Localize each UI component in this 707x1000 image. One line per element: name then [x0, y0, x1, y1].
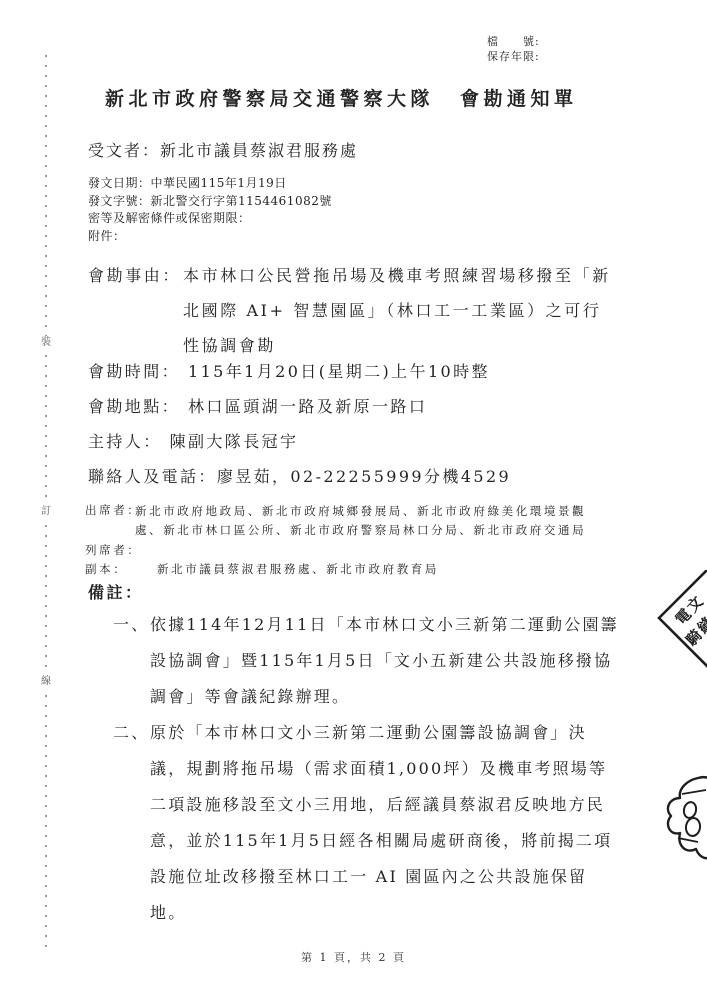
attendees-block: 出席者： 新北市政府地政局、新北市政府城鄉發展局、新北市政府綠美化環境景觀 處、…: [85, 502, 586, 578]
note-number: 二、: [113, 715, 150, 931]
issue-date-line: 發文日期：中華民國115年1月19日: [88, 175, 332, 193]
attendees-label: 出席者：: [85, 502, 135, 540]
recipient-label: 受文者：: [88, 141, 160, 160]
attendees-line: 新北市政府地政局、新北市政府城鄉發展局、新北市政府綠美化環境景觀: [135, 502, 586, 521]
attachment-line: 附件：: [88, 228, 332, 246]
note-text: 原於「本市林口文小三新第二運動公園籌設協調會」決 議，規劃將拖吊場（需求面積1,…: [150, 715, 612, 931]
inspection-time-value: 115年1月20日(星期二)上午10時整: [188, 359, 490, 382]
subject-line: 性協調會勘: [183, 328, 611, 363]
note-line: 調會」等會議紀錄辦理。: [150, 679, 619, 715]
page-seam-stamp: 電文 騎縫章: [652, 570, 707, 668]
security-line: 密等及解密條件或保密期限：: [88, 210, 332, 228]
inspection-location-value: 林口區頭湖一路及新原一路口: [188, 394, 427, 417]
subject-label: 會勘事由：: [88, 258, 181, 363]
note-item-2: 二、 原於「本市林口文小三新第二運動公園籌設協調會」決 議，規劃將拖吊場（需求面…: [113, 715, 619, 931]
observers-label: 列席者：: [85, 541, 586, 559]
meta-block: 發文日期：中華民國115年1月19日 發文字號：新北警交行字第115446108…: [88, 175, 332, 245]
page-footer: 第 1 頁，共 2 頁: [0, 949, 707, 965]
contact-value: 廖昱茹，02-22255999分機4529: [217, 464, 511, 487]
attendees-row: 出席者： 新北市政府地政局、新北市政府城鄉發展局、新北市政府綠美化環境景觀 處、…: [85, 502, 586, 540]
cc-value: 新北市議員蔡淑君服務處、新北市政府教育局: [157, 560, 439, 578]
chairperson-label: 主持人：: [88, 429, 162, 452]
file-number-label: 檔 號:: [487, 34, 540, 49]
note-line: 議，規劃將拖吊場（需求面積1,000坪）及機車考照場等: [150, 751, 612, 787]
chairperson-row: 主持人： 陳副大隊長冠宇: [88, 429, 298, 452]
contact-row: 聯絡人及電話： 廖昱茹，02-22255999分機4529: [88, 464, 511, 487]
ink-mark-icon: [654, 772, 707, 868]
title-organization: 新北市政府警察局交通警察大隊: [105, 84, 434, 111]
subject-line: 本市林口公民營拖吊場及機車考照練習場移撥至「新: [183, 258, 611, 293]
note-item-1: 一、 依據114年12月11日「本市林口文小三新第二運動公園籌 設協調會」暨11…: [113, 607, 619, 715]
remarks-label: 備註：: [88, 580, 144, 603]
inspection-time-row: 會勘時間： 115年1月20日(星期二)上午10時整: [88, 359, 490, 382]
cc-row: 副本： 新北市議員蔡淑君服務處、新北市政府教育局: [85, 560, 586, 578]
inspection-location-row: 會勘地點： 林口區頭湖一路及新原一路口: [88, 394, 427, 417]
binding-char-ding: 訂: [37, 505, 55, 519]
note-line: 依據114年12月11日「本市林口文小三新第二運動公園籌: [150, 607, 619, 643]
seam-stamp-icon: 電文 騎縫章: [652, 570, 707, 668]
attendees-list: 新北市政府地政局、新北市政府城鄉發展局、新北市政府綠美化環境景觀 處、新北市林口…: [135, 502, 586, 540]
subject-line: 北國際 AI+ 智慧園區」（林口工一工業區）之可行: [183, 293, 611, 328]
remarks-notes: 一、 依據114年12月11日「本市林口文小三新第二運動公園籌 設協調會」暨11…: [113, 607, 619, 931]
document-page: 裝 訂 線 檔 號: 保存年限: 新北市政府警察局交通警察大隊 會勘通知單 受文…: [0, 0, 707, 1000]
note-line: 意，並於115年1月5日經各相關局處研商後，將前揭二項: [150, 823, 612, 859]
inspection-location-label: 會勘地點：: [88, 394, 180, 417]
doc-number-line: 發文字號：新北警交行字第1154461082號: [88, 193, 332, 211]
note-line: 原於「本市林口文小三新第二運動公園籌設協調會」決: [150, 715, 612, 751]
note-line: 地。: [150, 895, 612, 931]
note-line: 設施位址改移撥至林口工一 AI 園區內之公共設施保留: [150, 859, 612, 895]
subject-content: 本市林口公民營拖吊場及機車考照練習場移撥至「新 北國際 AI+ 智慧園區」（林口…: [183, 258, 611, 363]
note-number: 一、: [113, 607, 150, 715]
note-line: 二項設施移設至文小三用地，后經議員蔡淑君反映地方民: [150, 787, 612, 823]
binding-dotted-line: [45, 55, 47, 950]
inspection-time-label: 會勘時間：: [88, 359, 180, 382]
recipient-line: 受文者：新北市議員蔡淑君服務處: [88, 138, 358, 161]
attendees-line: 處、新北市林口區公所、新北市政府警察局林口分局、新北市政府交通局: [135, 521, 586, 540]
cc-label: 副本：: [85, 560, 157, 578]
binding-char-xian: 線: [37, 675, 55, 689]
note-text: 依據114年12月11日「本市林口文小三新第二運動公園籌 設協調會」暨115年1…: [150, 607, 619, 715]
inspection-subject: 會勘事由： 本市林口公民營拖吊場及機車考照練習場移撥至「新 北國際 AI+ 智慧…: [88, 258, 611, 363]
note-line: 設協調會」暨115年1月5日「文小五新建公共設施移撥協: [150, 643, 619, 679]
retention-period-label: 保存年限:: [487, 49, 540, 64]
chairperson-value: 陳副大隊長冠宇: [170, 429, 299, 452]
ink-mark: [654, 772, 707, 868]
recipient-value: 新北市議員蔡淑君服務處: [160, 141, 358, 160]
page-title: 新北市政府警察局交通警察大隊 會勘通知單: [105, 84, 578, 111]
file-number-block: 檔 號: 保存年限:: [487, 34, 540, 64]
binding-char-zhuang: 裝: [37, 336, 55, 350]
contact-label: 聯絡人及電話：: [88, 464, 217, 487]
title-doc-type: 會勘通知單: [460, 84, 578, 111]
